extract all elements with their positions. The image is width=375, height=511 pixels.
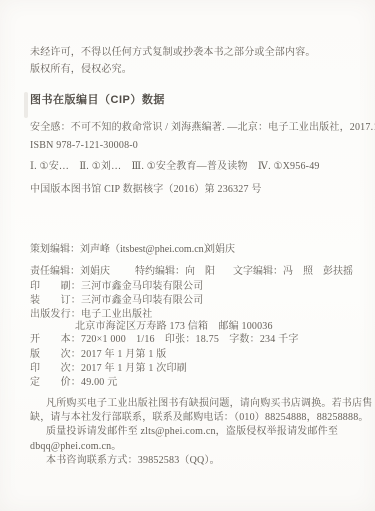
book-copyright-page: 未经许可，不得以任何方式复制或抄袭本书之部分或全部内容。 版权所有，侵权必究。 … [0,0,375,511]
impression-line: 印 次：2017 年 1 月第 1 次印刷 [30,363,187,375]
publisher-line: 出版发行：电子工业出版社 [30,309,152,321]
cip-title-line: 安全感：不可不知的救命常识 / 刘海燕编著. —北京：电子工业出版社，2017.… [30,122,375,134]
editors-row: 责任编辑：刘娟庆 特约编辑：向 阳 文字编辑：冯 照 彭扶摇 [30,262,360,274]
responsible-editor: 责任编辑：刘娟庆 [30,262,110,277]
text-editors: 文字编辑：冯 照 彭扶摇 [233,262,353,277]
cip-header: 图书在版编目（CIP）数据 [30,94,165,106]
planning-editor-label: 策划编辑：刘声峰（itsbest@phei.com.cn） [30,240,214,255]
cip-record-number: 中国版本图书馆 CIP 数据核字（2016）第 236327 号 [30,184,262,196]
planning-editor-row: 策划编辑：刘声峰（itsbest@phei.com.cn） 刘娟庆 [30,240,360,252]
binding-line: 装 订：三河市鑫金马印装有限公司 [30,295,203,307]
service-note-line-1: 凡所购买电子工业出版社图书有缺损问题，请向购买书店调换。若书店售 [46,398,372,410]
publisher-address: 北京市海淀区万寿路 173 信箱 邮编 100036 [75,321,273,333]
service-note-line-2: 缺，请与本社发行部联系，联系及邮购电话：（010）88254888，882588… [30,412,369,424]
format-line: 开 本：720×1 000 1/16 印张：18.75 字数：234 千字 [30,334,299,346]
printing-line: 印 刷：三河市鑫金马印装有限公司 [30,281,203,293]
service-note-line-4: dbqq@phei.com.cn。 [30,441,121,453]
scan-artifact [24,92,28,118]
service-note-line-3: 质量投诉请发邮件至 zlts@phei.com.cn，盗版侵权举报请发邮件至 [46,426,338,438]
isbn-line: ISBN 978-7-121-30008-0 [30,140,138,152]
copyright-notice-line-1: 未经许可，不得以任何方式复制或抄袭本书之部分或全部内容。 [30,47,316,59]
special-editor: 特约编辑：向 阳 [135,262,215,277]
planning-editor-second: 刘娟庆 [205,240,235,255]
cip-classification: Ⅰ. ①安… Ⅱ. ①刘… Ⅲ. ①安全教育—普及读物 Ⅳ. ①X956-49 [30,161,320,173]
price-line: 定 价：49.00 元 [30,377,117,389]
copyright-notice-line-2: 版权所有，侵权必究。 [30,64,132,76]
service-note-line-5: 本书咨询联系方式：39852583（QQ）。 [46,455,220,467]
edition-line: 版 次：2017 年 1 月第 1 版 [30,349,167,361]
